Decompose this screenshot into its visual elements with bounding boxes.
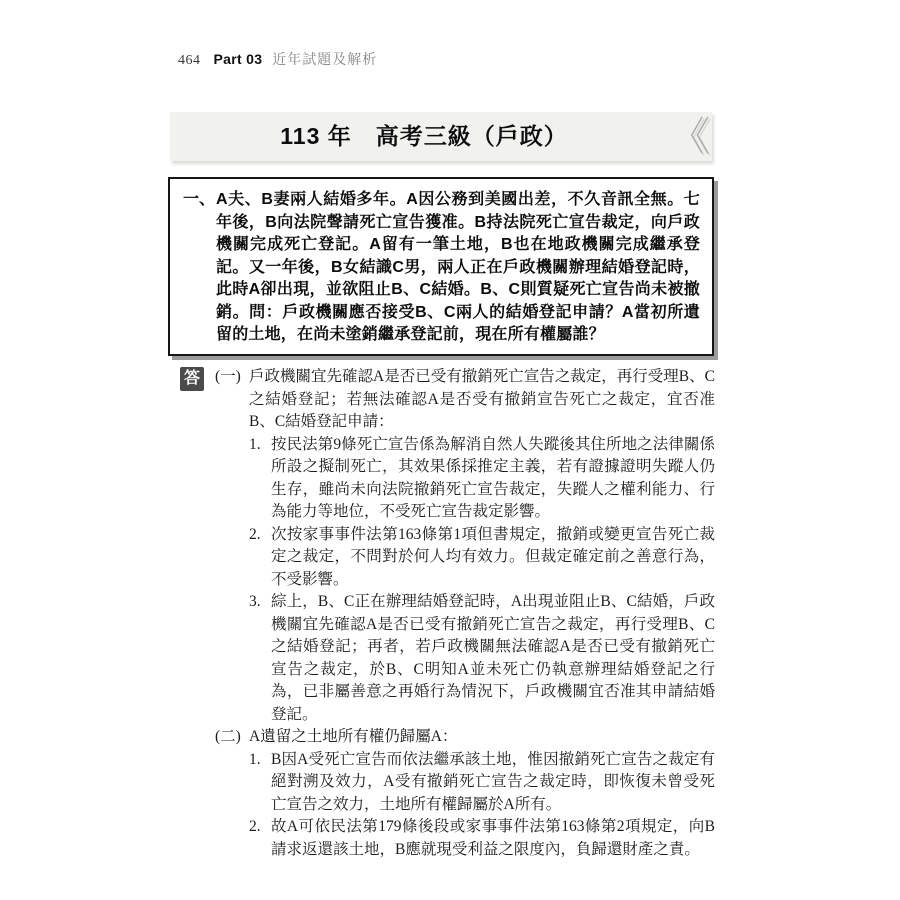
part-label: Part 03 xyxy=(214,51,263,67)
item-number: 2. xyxy=(249,816,271,839)
list-item: 1. 按民法第9條死亡宣告係為解消自然人失蹤後其住所地之法律關係所設之擬制死亡，… xyxy=(249,434,715,524)
exam-title-banner: 113 年 高考三級（戶政） 《 xyxy=(170,112,712,161)
question-text: A夫、B妻兩人結婚多年。A因公務到美國出差，不久音訊全無。七年後，B向法院聲請死… xyxy=(216,189,700,347)
item-text: 故A可依民法第179條後段或家事事件法第163條第2項規定，向B請求返還該土地，… xyxy=(271,816,715,861)
running-header: 464Part 03近年試題及解析 xyxy=(178,49,377,69)
item-number: 3. xyxy=(249,591,271,614)
question-box: 一、 A夫、B妻兩人結婚多年。A因公務到美國出差，不久音訊全無。七年後，B向法院… xyxy=(168,177,714,356)
answer-badge: 答 xyxy=(180,367,204,391)
page-number: 464 xyxy=(178,53,201,68)
book-page: 464Part 03近年試題及解析 113 年 高考三級（戶政） 《 一、 A夫… xyxy=(0,0,900,900)
item-number: 2. xyxy=(249,524,271,547)
item-text: B因A受死亡宣告而依法繼承該土地，惟因撤銷死亡宣告之裁定有絕對溯及效力，A受有撤… xyxy=(271,749,715,817)
question-number: 一、 xyxy=(183,189,216,212)
section-2-label: (二) xyxy=(215,726,249,749)
section-1-label: (一) xyxy=(215,366,249,389)
list-item: 1. B因A受死亡宣告而依法繼承該土地，惟因撤銷死亡宣告之裁定有絕對溯及效力，A… xyxy=(249,749,715,817)
list-item: 2. 故A可依民法第179條後段或家事事件法第163條第2項規定，向B請求返還該… xyxy=(249,816,715,861)
section-1-body: 戶政機關宜先確認A是否已受有撤銷死亡宣告之裁定，再行受理B、C之結婚登記；若無法… xyxy=(249,366,715,726)
double-chevron-left-icon: 《 xyxy=(670,113,710,162)
item-text: 綜上，B、C正在辦理結婚登記時，A出現並阻止B、C結婚，戶政機關宜先確認A是否已… xyxy=(271,591,715,726)
list-item: 3. 綜上，B、C正在辦理結婚登記時，A出現並阻止B、C結婚，戶政機關宜先確認A… xyxy=(249,591,715,726)
answer-body: (一) 戶政機關宜先確認A是否已受有撤銷死亡宣告之裁定，再行受理B、C之結婚登記… xyxy=(215,366,715,861)
exam-title: 113 年 高考三級（戶政） xyxy=(170,112,678,161)
item-text: 按民法第9條死亡宣告係為解消自然人失蹤後其住所地之法律關係所設之擬制死亡，其效果… xyxy=(271,434,715,524)
section-2-body: A遺留之土地所有權仍歸屬A： 1. B因A受死亡宣告而依法繼承該土地，惟因撤銷死… xyxy=(249,726,715,861)
answer-section-2: (二) A遺留之土地所有權仍歸屬A： 1. B因A受死亡宣告而依法繼承該土地，惟… xyxy=(215,726,715,861)
question-row: 一、 A夫、B妻兩人結婚多年。A因公務到美國出差，不久音訊全無。七年後，B向法院… xyxy=(183,189,700,347)
item-number: 1. xyxy=(249,749,271,772)
answer-section-1: (一) 戶政機關宜先確認A是否已受有撤銷死亡宣告之裁定，再行受理B、C之結婚登記… xyxy=(215,366,715,726)
section-2-intro: A遺留之土地所有權仍歸屬A： xyxy=(249,726,715,749)
part-title: 近年試題及解析 xyxy=(272,51,377,67)
item-text: 次按家事事件法第163條第1項但書規定，撤銷或變更宣告死亡裁定之裁定，不問對於何… xyxy=(271,524,715,592)
answer-block: 答 (一) 戶政機關宜先確認A是否已受有撤銷死亡宣告之裁定，再行受理B、C之結婚… xyxy=(180,366,720,861)
item-number: 1. xyxy=(249,434,271,457)
list-item: 2. 次按家事事件法第163條第1項但書規定，撤銷或變更宣告死亡裁定之裁定，不問… xyxy=(249,524,715,592)
section-1-intro: 戶政機關宜先確認A是否已受有撤銷死亡宣告之裁定，再行受理B、C之結婚登記；若無法… xyxy=(249,366,715,434)
